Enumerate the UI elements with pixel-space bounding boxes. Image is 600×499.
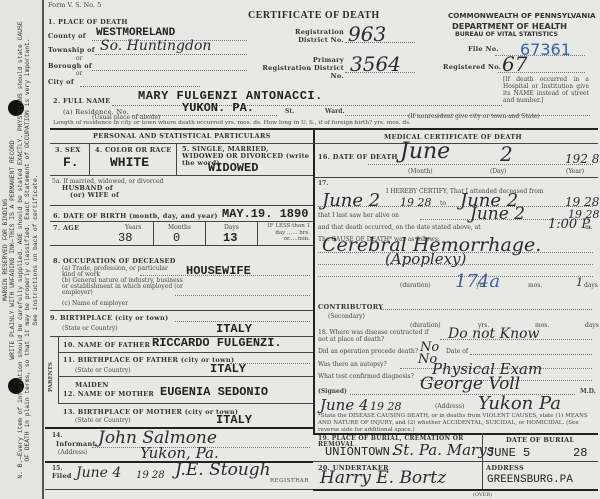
day-caption: (Day) [490, 168, 506, 175]
occupation-label: 8. OCCUPATION OF DECEASED [53, 257, 176, 265]
operation-date-line [470, 354, 592, 355]
days-caption: days [584, 282, 598, 289]
length-of-residence-label: Length of residence in city or town wher… [53, 120, 411, 126]
race-label: 4. COLOR OR RACE [95, 146, 171, 154]
registration-district-label: Registration District No. [282, 28, 344, 44]
divider [58, 403, 313, 404]
column-divider [313, 128, 315, 433]
years-label: Years [125, 224, 142, 231]
registration-district-value: 963 [348, 22, 386, 46]
employer-label: (c) Name of employer [62, 300, 128, 307]
divider [153, 221, 154, 245]
age-months-value: 0 [173, 231, 180, 245]
filed-date-value: June 4 [76, 465, 121, 481]
signed-year-value: 19 28 [370, 400, 402, 413]
divider [58, 352, 313, 353]
margin-rule [42, 0, 44, 499]
full-name-line [112, 105, 502, 106]
sex-label: 3. SEX [55, 146, 81, 154]
residence-value: YUKON. PA. [182, 101, 254, 115]
state-country-label: (State or Country) [62, 325, 118, 332]
document-title: CERTIFICATE OF DEATH [248, 10, 380, 21]
full-name-label: 2. FULL NAME [53, 97, 110, 105]
contributory-label: CONTRIBUTORY [318, 303, 383, 311]
divider [50, 175, 313, 176]
informant-number: 14. [52, 432, 62, 439]
margin-line-4: OF DEATH in plain terms, so that it may … [24, 5, 31, 495]
father-name-label: 10. NAME OF FATHER [63, 341, 150, 349]
filed-label: Filed [52, 472, 72, 480]
date-of-death-day: 2 [500, 142, 513, 166]
age-days-value: 13 [223, 231, 237, 245]
birthplace-label: 9. BIRTHPLACE (city or town) [50, 314, 168, 322]
divider [313, 177, 598, 178]
personal-section-header: PERSONAL AND STATISTICAL PARTICULARS [93, 132, 271, 140]
burial-place-value: UNIONTOWN. [325, 445, 397, 459]
or-label: or [76, 55, 82, 62]
margin-instructions: MARGIN RESERVED FOR BINDING WRITE PLAINL… [2, 5, 39, 495]
mother-birthplace-label: 13. BIRTHPLACE OF MOTHER (city or town) [63, 408, 238, 416]
registered-number-value: 67 [502, 52, 527, 76]
or-label: or [76, 70, 82, 77]
wife-label: (or) WIFE of [70, 191, 119, 199]
physician-address-value: Yukon Pa [478, 393, 561, 414]
township-line [95, 54, 247, 55]
over-label: (OVER) [473, 492, 492, 498]
divider [50, 245, 313, 246]
certify-number: 17. [318, 180, 328, 187]
street-label: St. [285, 108, 294, 115]
address-label: (Address) [58, 449, 87, 456]
months-caption: mos. [528, 282, 542, 289]
duration-label: (duration) [400, 282, 431, 289]
date-of-birth-value: MAY.19. 1890 [222, 207, 308, 221]
cause-of-death-secondary: (Apoplexy) [385, 250, 466, 268]
industry-line [175, 295, 310, 296]
state-country-label: (State or Country) [75, 417, 131, 424]
borough-label: Borough of [48, 62, 92, 70]
signed-date-value: June 4 [320, 396, 369, 414]
divider [257, 221, 258, 245]
burial-year-value: 28 [573, 446, 587, 460]
duration-days: 1 [576, 276, 583, 289]
divider [50, 310, 313, 311]
burial-date-value: JUNE 5 [487, 446, 530, 460]
divider [176, 143, 177, 175]
last-saw-value: June 2 [470, 204, 525, 224]
divider [313, 489, 598, 491]
margin-line-3: N. B.—Every item of information should b… [17, 5, 24, 495]
registrar-label: REGISTRAR [270, 478, 309, 484]
death-certificate: MARGIN RESERVED FOR BINDING WRITE PLAINL… [0, 0, 600, 499]
month-caption: (Month) [408, 168, 433, 175]
physician-signature: George Voll [420, 374, 520, 394]
divider [50, 205, 313, 206]
marital-status-value: WIDOWED [208, 161, 258, 175]
state-country-label: (State or Country) [75, 367, 131, 374]
divider [205, 221, 206, 245]
meridiem-label: m. [585, 224, 593, 231]
undertaker-address-value: GREENSBURG.PA [487, 474, 573, 486]
filed-number: 15. [52, 465, 62, 472]
years-caption: yrs. [476, 282, 487, 289]
father-birthplace-label: 11. BIRTHPLACE OF FATHER (city or town) [63, 356, 234, 364]
age-years-value: 38 [118, 231, 132, 245]
parents-label: PARENTS [48, 362, 54, 392]
divider [45, 489, 313, 490]
duration-label: (duration) [410, 322, 441, 329]
city-label: City of [48, 78, 74, 86]
footnote: *State the DISEASE CAUSING DEATH, or in … [318, 413, 596, 434]
mother-name-label: 12. NAME OF MOTHER [63, 390, 154, 398]
date-of-death-month: June [400, 139, 450, 164]
primary-registration-label: Primary Registration District No. [262, 56, 344, 80]
divider [313, 461, 598, 462]
divider [58, 376, 313, 377]
months-label: Months [168, 224, 191, 231]
occupation-value: HOUSEWIFE [186, 264, 251, 278]
burial-date-label: DATE OF BURIAL [506, 436, 574, 444]
maiden-label: MAIDEN [75, 381, 109, 389]
date-of-death-label: 16. DATE OF DEATH [318, 153, 398, 161]
age-label: 7. AGE [53, 224, 79, 232]
date-of-label: Date of [446, 348, 468, 355]
informant-label: Informant [56, 440, 96, 448]
undertaker-value: Harry E. Bortz [320, 468, 446, 488]
industry-label: (b) General nature of industry, business… [62, 278, 190, 296]
contributory-line [380, 309, 592, 310]
file-number-value: 67361 [520, 40, 571, 59]
contracted-value: Do not Know [448, 326, 540, 342]
physician-address-label: (Address) [435, 403, 464, 410]
date-of-death-line [368, 164, 593, 165]
registered-number-label: Registered No. [443, 63, 501, 71]
margin-line-5: See instructions on back of certificate. [32, 5, 39, 495]
days-label: Days [224, 224, 239, 231]
divider [50, 221, 313, 222]
date-of-death-year: 192 8 [565, 152, 599, 166]
year-caption: (Year) [566, 168, 584, 175]
father-name-value: RICCARDO FULGENZI. [152, 336, 282, 350]
father-birthplace-value: ITALY [210, 362, 246, 376]
city-line [80, 86, 200, 87]
primary-registration-value: 3564 [350, 52, 401, 76]
undertaker-address-label: ADDRESS [486, 464, 524, 472]
attended-to-year: 19 28 [565, 195, 599, 209]
agency-line-2: DEPARTMENT OF HEALTH [452, 21, 567, 31]
place-of-death-heading: 1. PLACE OF DEATH [48, 18, 128, 26]
divider [89, 143, 90, 175]
operation-label: Did an operation precede death? [318, 348, 418, 355]
date-of-birth-label: 6. DATE OF BIRTH (month, day, and year) [53, 212, 218, 220]
file-number-label: File No. [468, 45, 499, 53]
township-label: Township of [48, 46, 95, 54]
margin-line-2: WRITE PLAINLY WITH UNFADING INK—THIS IS … [9, 5, 16, 495]
death-time-label: and that death occurred, on the date sta… [318, 224, 481, 231]
registrar-signature: J.E. Stough [175, 460, 271, 480]
form-number: Form V. S. No. 5 [48, 1, 101, 9]
township-value: So. Huntingdon [100, 38, 211, 54]
days-caption: days [585, 322, 599, 329]
agency-line-3: BUREAU OF VITAL STATISTICS [455, 31, 558, 38]
agency-line-1: COMMONWEALTH OF PENNSYLVANIA [448, 11, 596, 20]
signed-label: (Signed) [318, 388, 347, 395]
to-label: to [440, 200, 446, 207]
ward-label: Ward. [325, 108, 345, 115]
birthplace-value: ITALY [216, 322, 252, 336]
divider [313, 143, 598, 144]
race-value: WHITE [110, 155, 149, 170]
divider [58, 336, 59, 403]
attended-from-value: June 2 [322, 190, 380, 211]
hospital-note: [If death occurred in a Hospital or Inst… [503, 76, 589, 104]
md-label: M.D. [580, 388, 596, 395]
autopsy-label: Was there an autopsy? [318, 361, 387, 368]
divider [50, 128, 598, 130]
less-than-day-label: IF LESS than 1 day ...... hrs. or.....mi… [262, 223, 310, 243]
attended-from-year: 19 28 [400, 196, 432, 209]
margin-line-1: MARGIN RESERVED FOR BINDING [2, 5, 9, 495]
mother-birthplace-value: ITALY [216, 413, 252, 427]
sex-value: F. [63, 155, 79, 170]
filed-year-value: 19 28 [136, 470, 165, 481]
borough-line [92, 70, 247, 71]
test-label: What test confirmed diagnosis? [318, 373, 414, 380]
county-label: County of [48, 32, 86, 40]
burial-place-handwritten: St. Pa. Marys [393, 441, 494, 459]
last-saw-label: that I last saw her alive on [318, 212, 399, 219]
mother-name-value: EUGENIA SEDONIO [160, 385, 268, 399]
secondary-label: (Secondary) [328, 313, 365, 320]
nonresident-note: (If nonresident give city or town and St… [408, 113, 540, 120]
